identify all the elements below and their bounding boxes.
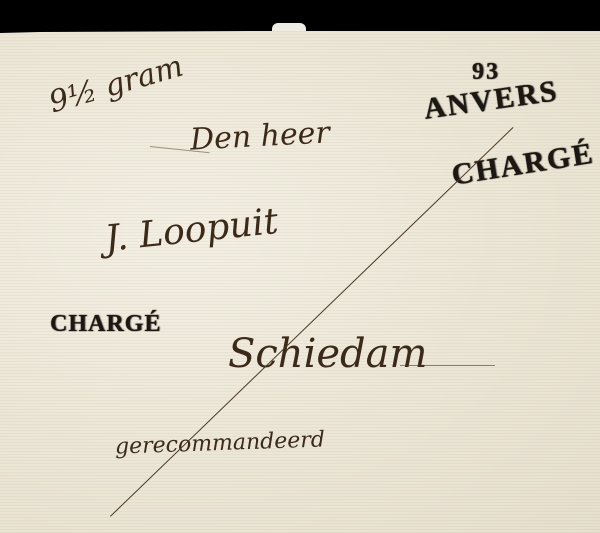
addressee-name: J. Loopuit (103, 201, 280, 260)
city-flourish (400, 365, 495, 366)
registered-note: gerecommandeerd (115, 427, 326, 459)
diagonal-pen-stroke (110, 127, 514, 517)
postmark-registered-left: CHARGÉ (50, 311, 161, 338)
postmark-registered-right: CHARGÉ (449, 137, 596, 193)
addressee-city: Schiedam (228, 331, 427, 377)
salutation: Den heer (189, 115, 330, 157)
rate-note: 9½ gram (45, 49, 187, 121)
letter-sheet: 9½ gram Den heer 93 ANVERS CHARGÉ J. Loo… (0, 31, 600, 533)
